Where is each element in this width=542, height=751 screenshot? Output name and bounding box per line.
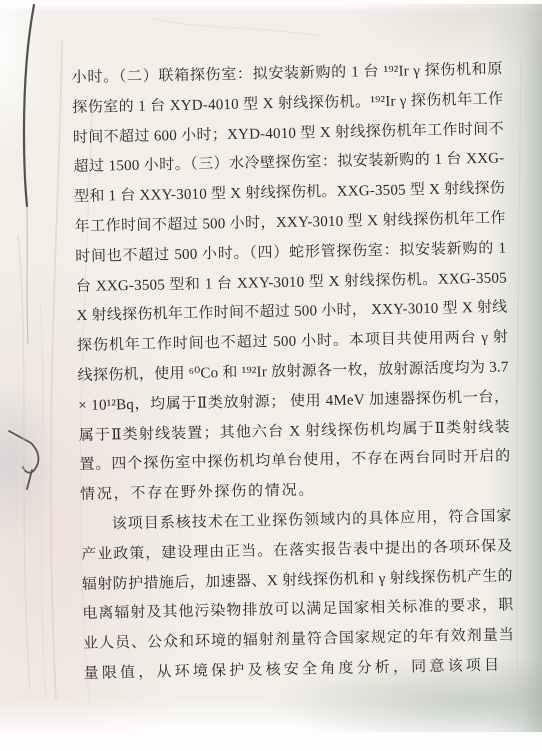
page-fold-line-fade [27, 206, 28, 344]
crease-line [517, 60, 521, 705]
crease-line [51, 40, 62, 700]
document-text: 小时。（二）联箱探伤室：拟安装新购的 1 台 ¹⁹²Ir γ 探伤机和原 探伤室… [71, 55, 514, 689]
crease-line [40, 300, 46, 700]
scanned-document-page: 小时。（二）联箱探伤室：拟安装新购的 1 台 ¹⁹²Ir γ 探伤机和原 探伤室… [0, 0, 542, 751]
crease-line [18, 235, 30, 690]
page-fold-line [24, 5, 34, 206]
crease-line [150, 18, 320, 36]
